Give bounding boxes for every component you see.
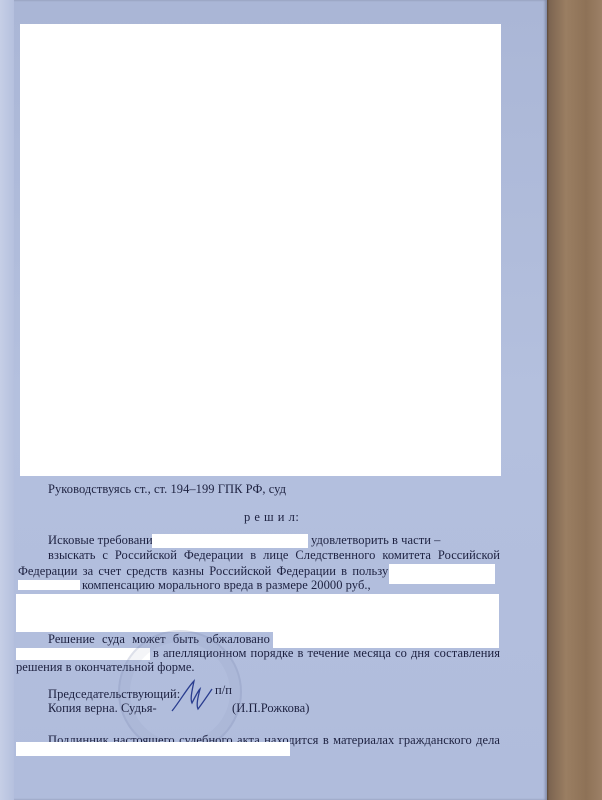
claims-prefix: Исковые требования	[48, 533, 159, 548]
redacted-case-number	[16, 742, 290, 756]
wooden-desk-background	[546, 0, 602, 800]
redacted-beneficiary-name-1	[389, 564, 495, 584]
document-page: Руководствуясь ст., ст. 194–199 ГПК РФ, …	[0, 0, 547, 800]
guided-by-text: Руководствуясь ст., ст. 194–199 ГПК РФ, …	[48, 482, 286, 497]
copy-true-label: Копия верна. Судья-	[48, 701, 157, 716]
redacted-beneficiary-name-2	[18, 580, 80, 590]
judge-name: (И.П.Рожкова)	[232, 701, 309, 716]
page-edge	[0, 0, 14, 800]
claims-suffix: удовлетворить в части –	[311, 533, 440, 548]
redacted-header-block	[20, 24, 501, 476]
redacted-plaintiff-name	[152, 534, 308, 548]
redacted-second-paragraph	[16, 594, 499, 632]
federation-line: Федерации за счет средств казны Российск…	[18, 564, 388, 579]
compensation-line: компенсацию морального вреда в размере 2…	[82, 578, 371, 593]
resolved-heading: р е ш и л:	[244, 510, 299, 525]
presiding-label: Председательствующий:	[48, 687, 180, 702]
judge-signature	[170, 677, 220, 713]
recover-line: взыскать с Российской Федерации в лице С…	[48, 548, 500, 563]
pp-mark: п/п	[215, 683, 232, 698]
